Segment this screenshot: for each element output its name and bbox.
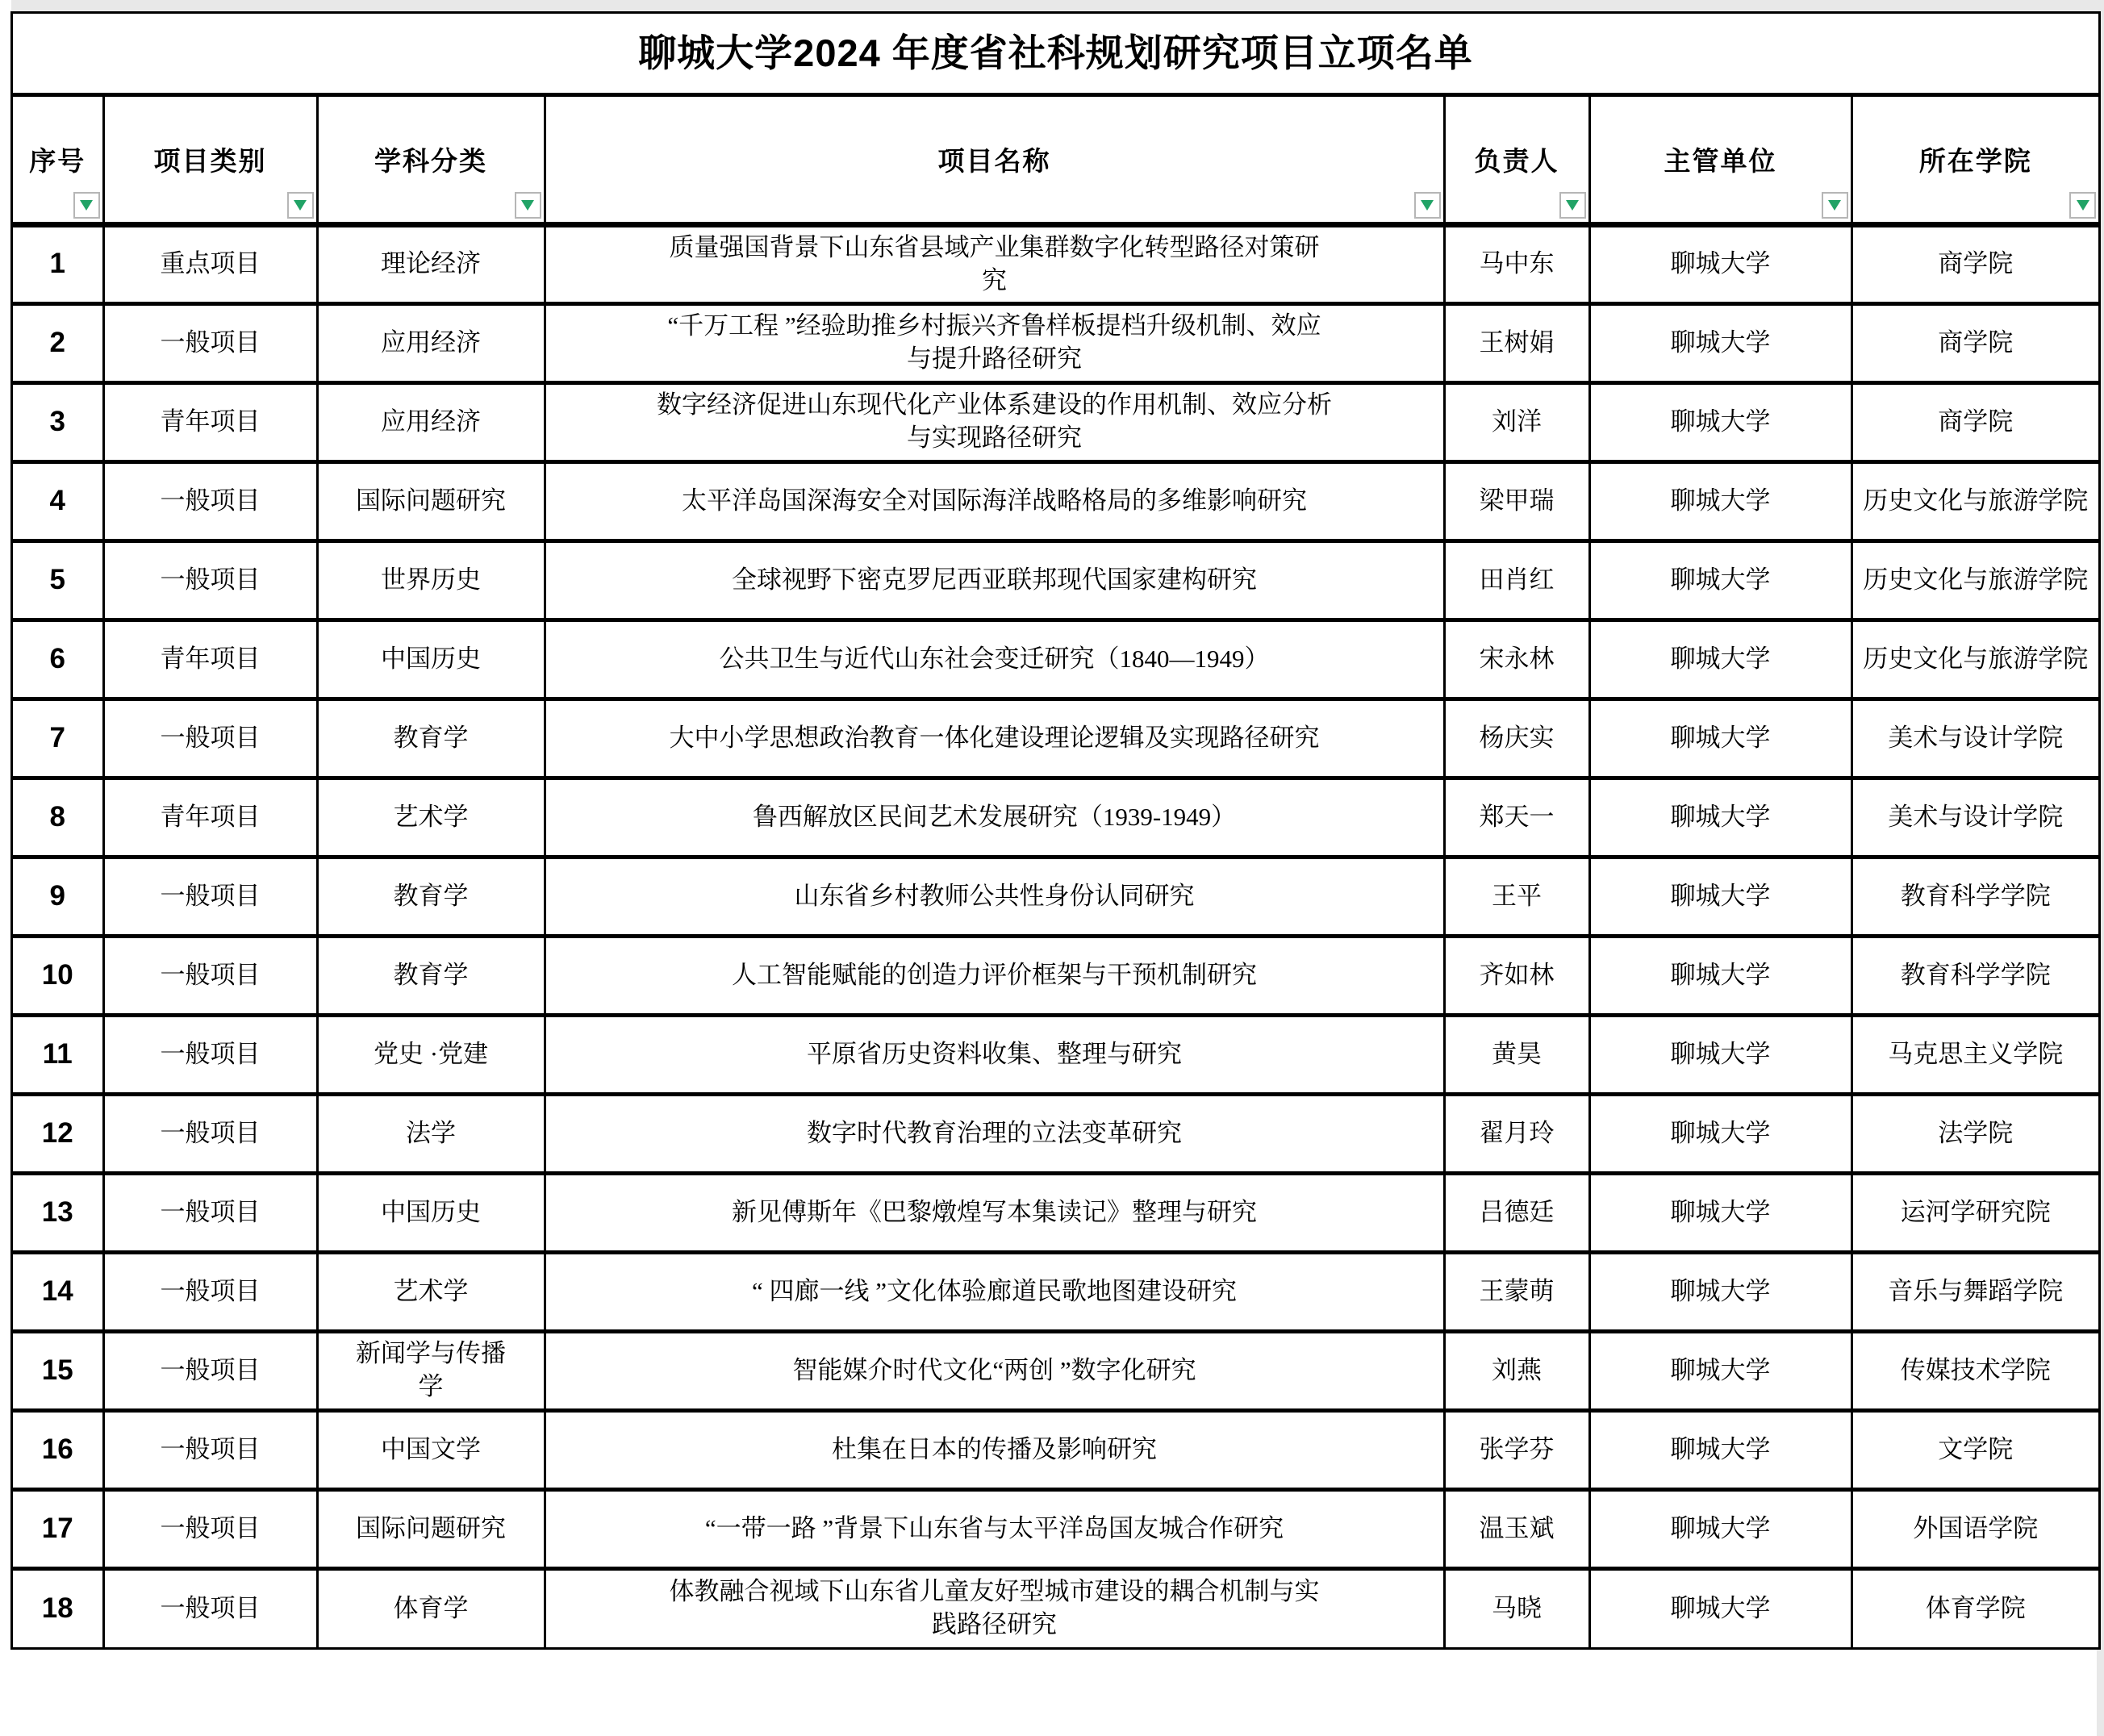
table-body: 1重点项目理论经济质量强国背景下山东省县域产业集群数字化转型路径对策研 究马中东… bbox=[13, 224, 2098, 1647]
cell-name: 人工智能赋能的创造力评价框架与干预机制研究 bbox=[545, 936, 1444, 1015]
cell-college: 商学院 bbox=[1851, 224, 2098, 303]
cell-no: 14 bbox=[13, 1252, 103, 1331]
cell-college: 历史文化与旅游学院 bbox=[1851, 461, 2098, 540]
cell-unit: 聊城大学 bbox=[1589, 1331, 1851, 1410]
cell-name: 智能媒介时代文化“两创 ”数字化研究 bbox=[545, 1331, 1444, 1410]
cell-unit: 聊城大学 bbox=[1589, 620, 1851, 699]
cell-category: 青年项目 bbox=[103, 778, 317, 857]
cell-no: 18 bbox=[13, 1568, 103, 1647]
cell-discipline: 新闻学与传播 学 bbox=[317, 1331, 545, 1410]
cell-unit: 聊城大学 bbox=[1589, 303, 1851, 382]
table-row: 8青年项目艺术学鲁西解放区民间艺术发展研究（1939-1949）郑天一聊城大学美… bbox=[13, 778, 2098, 857]
cell-college: 教育科学学院 bbox=[1851, 857, 2098, 936]
table-row: 11一般项目党史 ·党建平原省历史资料收集、整理与研究黄昊聊城大学马克思主义学院 bbox=[13, 1015, 2098, 1094]
cell-leader: 梁甲瑞 bbox=[1444, 461, 1589, 540]
cell-name: 公共卫生与近代山东社会变迁研究（1840—1949） bbox=[545, 620, 1444, 699]
cell-college: 美术与设计学院 bbox=[1851, 699, 2098, 778]
cell-leader: 田肖红 bbox=[1444, 540, 1589, 620]
cell-category: 重点项目 bbox=[103, 224, 317, 303]
cell-college: 传媒技术学院 bbox=[1851, 1331, 2098, 1410]
cell-college: 体育学院 bbox=[1851, 1568, 2098, 1647]
cell-unit: 聊城大学 bbox=[1589, 936, 1851, 1015]
cell-name: 杜集在日本的传播及影响研究 bbox=[545, 1410, 1444, 1489]
cell-discipline: 教育学 bbox=[317, 699, 545, 778]
cell-unit: 聊城大学 bbox=[1589, 857, 1851, 936]
cell-category: 一般项目 bbox=[103, 1252, 317, 1331]
table-row: 10一般项目教育学人工智能赋能的创造力评价框架与干预机制研究齐如林聊城大学教育科… bbox=[13, 936, 2098, 1015]
cell-name: “千万工程 ”经验助推乡村振兴齐鲁样板提档升级机制、效应 与提升路径研究 bbox=[545, 303, 1444, 382]
cell-leader: 杨庆实 bbox=[1444, 699, 1589, 778]
cell-unit: 聊城大学 bbox=[1589, 1173, 1851, 1252]
filter-dropdown-icon bbox=[1421, 200, 1434, 211]
cell-discipline: 教育学 bbox=[317, 857, 545, 936]
cell-discipline: 教育学 bbox=[317, 936, 545, 1015]
col-header-college: 所在学院 bbox=[1851, 97, 2098, 224]
cell-unit: 聊城大学 bbox=[1589, 699, 1851, 778]
col-header-label: 所在学院 bbox=[1919, 148, 2032, 177]
cell-discipline: 中国文学 bbox=[317, 1410, 545, 1489]
cell-category: 一般项目 bbox=[103, 1094, 317, 1173]
filter-button[interactable] bbox=[515, 192, 541, 219]
cell-leader: 王树娟 bbox=[1444, 303, 1589, 382]
table-row: 2一般项目应用经济“千万工程 ”经验助推乡村振兴齐鲁样板提档升级机制、效应 与提… bbox=[13, 303, 2098, 382]
filter-dropdown-icon bbox=[521, 200, 534, 211]
cell-category: 一般项目 bbox=[103, 699, 317, 778]
col-header-label: 序号 bbox=[29, 148, 86, 177]
cell-college: 历史文化与旅游学院 bbox=[1851, 540, 2098, 620]
cell-unit: 聊城大学 bbox=[1589, 1568, 1851, 1647]
filter-button[interactable] bbox=[2069, 192, 2096, 219]
cell-leader: 吕德廷 bbox=[1444, 1173, 1589, 1252]
cell-no: 5 bbox=[13, 540, 103, 620]
table-row: 14一般项目艺术学“ 四廊一线 ”文化体验廊道民歌地图建设研究王蒙萌聊城大学音乐… bbox=[13, 1252, 2098, 1331]
table-row: 6青年项目中国历史公共卫生与近代山东社会变迁研究（1840—1949）宋永林聊城… bbox=[13, 620, 2098, 699]
cell-unit: 聊城大学 bbox=[1589, 1252, 1851, 1331]
cell-category: 一般项目 bbox=[103, 1410, 317, 1489]
cell-unit: 聊城大学 bbox=[1589, 1410, 1851, 1489]
cell-discipline: 艺术学 bbox=[317, 778, 545, 857]
cell-discipline: 中国历史 bbox=[317, 620, 545, 699]
cell-name: 质量强国背景下山东省县域产业集群数字化转型路径对策研 究 bbox=[545, 224, 1444, 303]
cell-leader: 王平 bbox=[1444, 857, 1589, 936]
col-header-category: 项目类别 bbox=[103, 97, 317, 224]
table-row: 17一般项目国际问题研究“一带一路 ”背景下山东省与太平洋岛国友城合作研究温玉斌… bbox=[13, 1489, 2098, 1568]
cell-leader: 刘洋 bbox=[1444, 382, 1589, 461]
cell-leader: 宋永林 bbox=[1444, 620, 1589, 699]
cell-category: 一般项目 bbox=[103, 1015, 317, 1094]
cell-no: 13 bbox=[13, 1173, 103, 1252]
cell-no: 2 bbox=[13, 303, 103, 382]
col-header-label: 负责人 bbox=[1475, 148, 1559, 177]
cell-discipline: 国际问题研究 bbox=[317, 461, 545, 540]
filter-dropdown-icon bbox=[80, 200, 93, 211]
cell-no: 9 bbox=[13, 857, 103, 936]
cell-category: 一般项目 bbox=[103, 1489, 317, 1568]
top-gray-strip bbox=[11, 0, 2104, 11]
cell-college: 美术与设计学院 bbox=[1851, 778, 2098, 857]
cell-no: 1 bbox=[13, 224, 103, 303]
cell-category: 青年项目 bbox=[103, 620, 317, 699]
cell-unit: 聊城大学 bbox=[1589, 382, 1851, 461]
table-row: 3青年项目应用经济数字经济促进山东现代化产业体系建设的作用机制、效应分析 与实现… bbox=[13, 382, 2098, 461]
cell-no: 7 bbox=[13, 699, 103, 778]
cell-leader: 马中东 bbox=[1444, 224, 1589, 303]
cell-name: 数字时代教育治理的立法变革研究 bbox=[545, 1094, 1444, 1173]
cell-name: “一带一路 ”背景下山东省与太平洋岛国友城合作研究 bbox=[545, 1489, 1444, 1568]
col-header-no: 序号 bbox=[13, 97, 103, 224]
cell-category: 一般项目 bbox=[103, 1568, 317, 1647]
header-row: 序号 项目类别 学科分类 项目名称 负责人 bbox=[13, 97, 2098, 224]
cell-no: 11 bbox=[13, 1015, 103, 1094]
cell-no: 3 bbox=[13, 382, 103, 461]
cell-unit: 聊城大学 bbox=[1589, 1015, 1851, 1094]
cell-discipline: 党史 ·党建 bbox=[317, 1015, 545, 1094]
cell-discipline: 应用经济 bbox=[317, 382, 545, 461]
cell-discipline: 法学 bbox=[317, 1094, 545, 1173]
cell-leader: 温玉斌 bbox=[1444, 1489, 1589, 1568]
cell-category: 一般项目 bbox=[103, 1173, 317, 1252]
filter-dropdown-icon bbox=[1566, 200, 1579, 211]
col-header-leader: 负责人 bbox=[1444, 97, 1589, 224]
cell-no: 16 bbox=[13, 1410, 103, 1489]
col-header-discipline: 学科分类 bbox=[317, 97, 545, 224]
project-list-table: 聊城大学2024 年度省社科规划研究项目立项名单 序号 项目类别 学科分类 bbox=[10, 11, 2101, 1650]
page-title: 聊城大学2024 年度省社科规划研究项目立项名单 bbox=[13, 14, 2098, 97]
cell-unit: 聊城大学 bbox=[1589, 224, 1851, 303]
cell-name: 全球视野下密克罗尼西亚联邦现代国家建构研究 bbox=[545, 540, 1444, 620]
cell-leader: 马晓 bbox=[1444, 1568, 1589, 1647]
data-table: 序号 项目类别 学科分类 项目名称 负责人 bbox=[13, 97, 2098, 1647]
filter-button[interactable] bbox=[1559, 192, 1586, 219]
col-header-label: 学科分类 bbox=[374, 148, 487, 177]
cell-name: 新见傅斯年《巴黎燉煌写本集读记》整理与研究 bbox=[545, 1173, 1444, 1252]
filter-button[interactable] bbox=[287, 192, 314, 219]
col-header-unit: 主管单位 bbox=[1589, 97, 1851, 224]
cell-name: 数字经济促进山东现代化产业体系建设的作用机制、效应分析 与实现路径研究 bbox=[545, 382, 1444, 461]
cell-name: “ 四廊一线 ”文化体验廊道民歌地图建设研究 bbox=[545, 1252, 1444, 1331]
cell-college: 商学院 bbox=[1851, 382, 2098, 461]
cell-leader: 齐如林 bbox=[1444, 936, 1589, 1015]
cell-college: 商学院 bbox=[1851, 303, 2098, 382]
cell-discipline: 应用经济 bbox=[317, 303, 545, 382]
cell-no: 17 bbox=[13, 1489, 103, 1568]
cell-name: 太平洋岛国深海安全对国际海洋战略格局的多维影响研究 bbox=[545, 461, 1444, 540]
cell-college: 外国语学院 bbox=[1851, 1489, 2098, 1568]
cell-leader: 刘燕 bbox=[1444, 1331, 1589, 1410]
cell-category: 一般项目 bbox=[103, 857, 317, 936]
cell-category: 一般项目 bbox=[103, 303, 317, 382]
col-header-label: 项目类别 bbox=[154, 148, 267, 177]
cell-college: 马克思主义学院 bbox=[1851, 1015, 2098, 1094]
cell-leader: 王蒙萌 bbox=[1444, 1252, 1589, 1331]
filter-button[interactable] bbox=[1414, 192, 1441, 219]
filter-dropdown-icon bbox=[294, 200, 307, 211]
table-row: 9一般项目教育学山东省乡村教师公共性身份认同研究王平聊城大学教育科学学院 bbox=[13, 857, 2098, 936]
cell-college: 文学院 bbox=[1851, 1410, 2098, 1489]
table-row: 1重点项目理论经济质量强国背景下山东省县域产业集群数字化转型路径对策研 究马中东… bbox=[13, 224, 2098, 303]
cell-no: 4 bbox=[13, 461, 103, 540]
cell-no: 10 bbox=[13, 936, 103, 1015]
cell-unit: 聊城大学 bbox=[1589, 778, 1851, 857]
filter-dropdown-icon bbox=[1828, 200, 1841, 211]
cell-name: 体教融合视域下山东省儿童友好型城市建设的耦合机制与实 践路径研究 bbox=[545, 1568, 1444, 1647]
cell-discipline: 理论经济 bbox=[317, 224, 545, 303]
col-header-label: 项目名称 bbox=[938, 148, 1051, 177]
cell-name: 山东省乡村教师公共性身份认同研究 bbox=[545, 857, 1444, 936]
filter-dropdown-icon bbox=[2077, 200, 2089, 211]
cell-unit: 聊城大学 bbox=[1589, 461, 1851, 540]
table-row: 18一般项目体育学体教融合视域下山东省儿童友好型城市建设的耦合机制与实 践路径研… bbox=[13, 1568, 2098, 1647]
table-row: 5一般项目世界历史全球视野下密克罗尼西亚联邦现代国家建构研究田肖红聊城大学历史文… bbox=[13, 540, 2098, 620]
cell-unit: 聊城大学 bbox=[1589, 1094, 1851, 1173]
cell-leader: 张学芬 bbox=[1444, 1410, 1589, 1489]
cell-leader: 翟月玲 bbox=[1444, 1094, 1589, 1173]
cell-category: 一般项目 bbox=[103, 1331, 317, 1410]
cell-college: 历史文化与旅游学院 bbox=[1851, 620, 2098, 699]
table-row: 16一般项目中国文学杜集在日本的传播及影响研究张学芬聊城大学文学院 bbox=[13, 1410, 2098, 1489]
cell-college: 教育科学学院 bbox=[1851, 936, 2098, 1015]
cell-name: 大中小学思想政治教育一体化建设理论逻辑及实现路径研究 bbox=[545, 699, 1444, 778]
cell-leader: 郑天一 bbox=[1444, 778, 1589, 857]
cell-college: 法学院 bbox=[1851, 1094, 2098, 1173]
cell-no: 12 bbox=[13, 1094, 103, 1173]
cell-name: 鲁西解放区民间艺术发展研究（1939-1949） bbox=[545, 778, 1444, 857]
filter-button[interactable] bbox=[1822, 192, 1848, 219]
cell-no: 6 bbox=[13, 620, 103, 699]
col-header-project-name: 项目名称 bbox=[545, 97, 1444, 224]
table-row: 13一般项目中国历史新见傅斯年《巴黎燉煌写本集读记》整理与研究吕德廷聊城大学运河… bbox=[13, 1173, 2098, 1252]
filter-button[interactable] bbox=[73, 192, 100, 219]
cell-unit: 聊城大学 bbox=[1589, 1489, 1851, 1568]
cell-discipline: 中国历史 bbox=[317, 1173, 545, 1252]
cell-category: 一般项目 bbox=[103, 540, 317, 620]
cell-no: 8 bbox=[13, 778, 103, 857]
cell-unit: 聊城大学 bbox=[1589, 540, 1851, 620]
table-row: 15一般项目新闻学与传播 学智能媒介时代文化“两创 ”数字化研究刘燕聊城大学传媒… bbox=[13, 1331, 2098, 1410]
cell-name: 平原省历史资料收集、整理与研究 bbox=[545, 1015, 1444, 1094]
table-row: 4一般项目国际问题研究太平洋岛国深海安全对国际海洋战略格局的多维影响研究梁甲瑞聊… bbox=[13, 461, 2098, 540]
cell-discipline: 世界历史 bbox=[317, 540, 545, 620]
col-header-label: 主管单位 bbox=[1664, 148, 1777, 177]
cell-category: 一般项目 bbox=[103, 461, 317, 540]
cell-no: 15 bbox=[13, 1331, 103, 1410]
cell-category: 一般项目 bbox=[103, 936, 317, 1015]
cell-college: 音乐与舞蹈学院 bbox=[1851, 1252, 2098, 1331]
table-row: 12一般项目法学数字时代教育治理的立法变革研究翟月玲聊城大学法学院 bbox=[13, 1094, 2098, 1173]
cell-category: 青年项目 bbox=[103, 382, 317, 461]
cell-discipline: 体育学 bbox=[317, 1568, 545, 1647]
cell-discipline: 艺术学 bbox=[317, 1252, 545, 1331]
cell-college: 运河学研究院 bbox=[1851, 1173, 2098, 1252]
cell-discipline: 国际问题研究 bbox=[317, 1489, 545, 1568]
table-row: 7一般项目教育学大中小学思想政治教育一体化建设理论逻辑及实现路径研究杨庆实聊城大… bbox=[13, 699, 2098, 778]
cell-leader: 黄昊 bbox=[1444, 1015, 1589, 1094]
